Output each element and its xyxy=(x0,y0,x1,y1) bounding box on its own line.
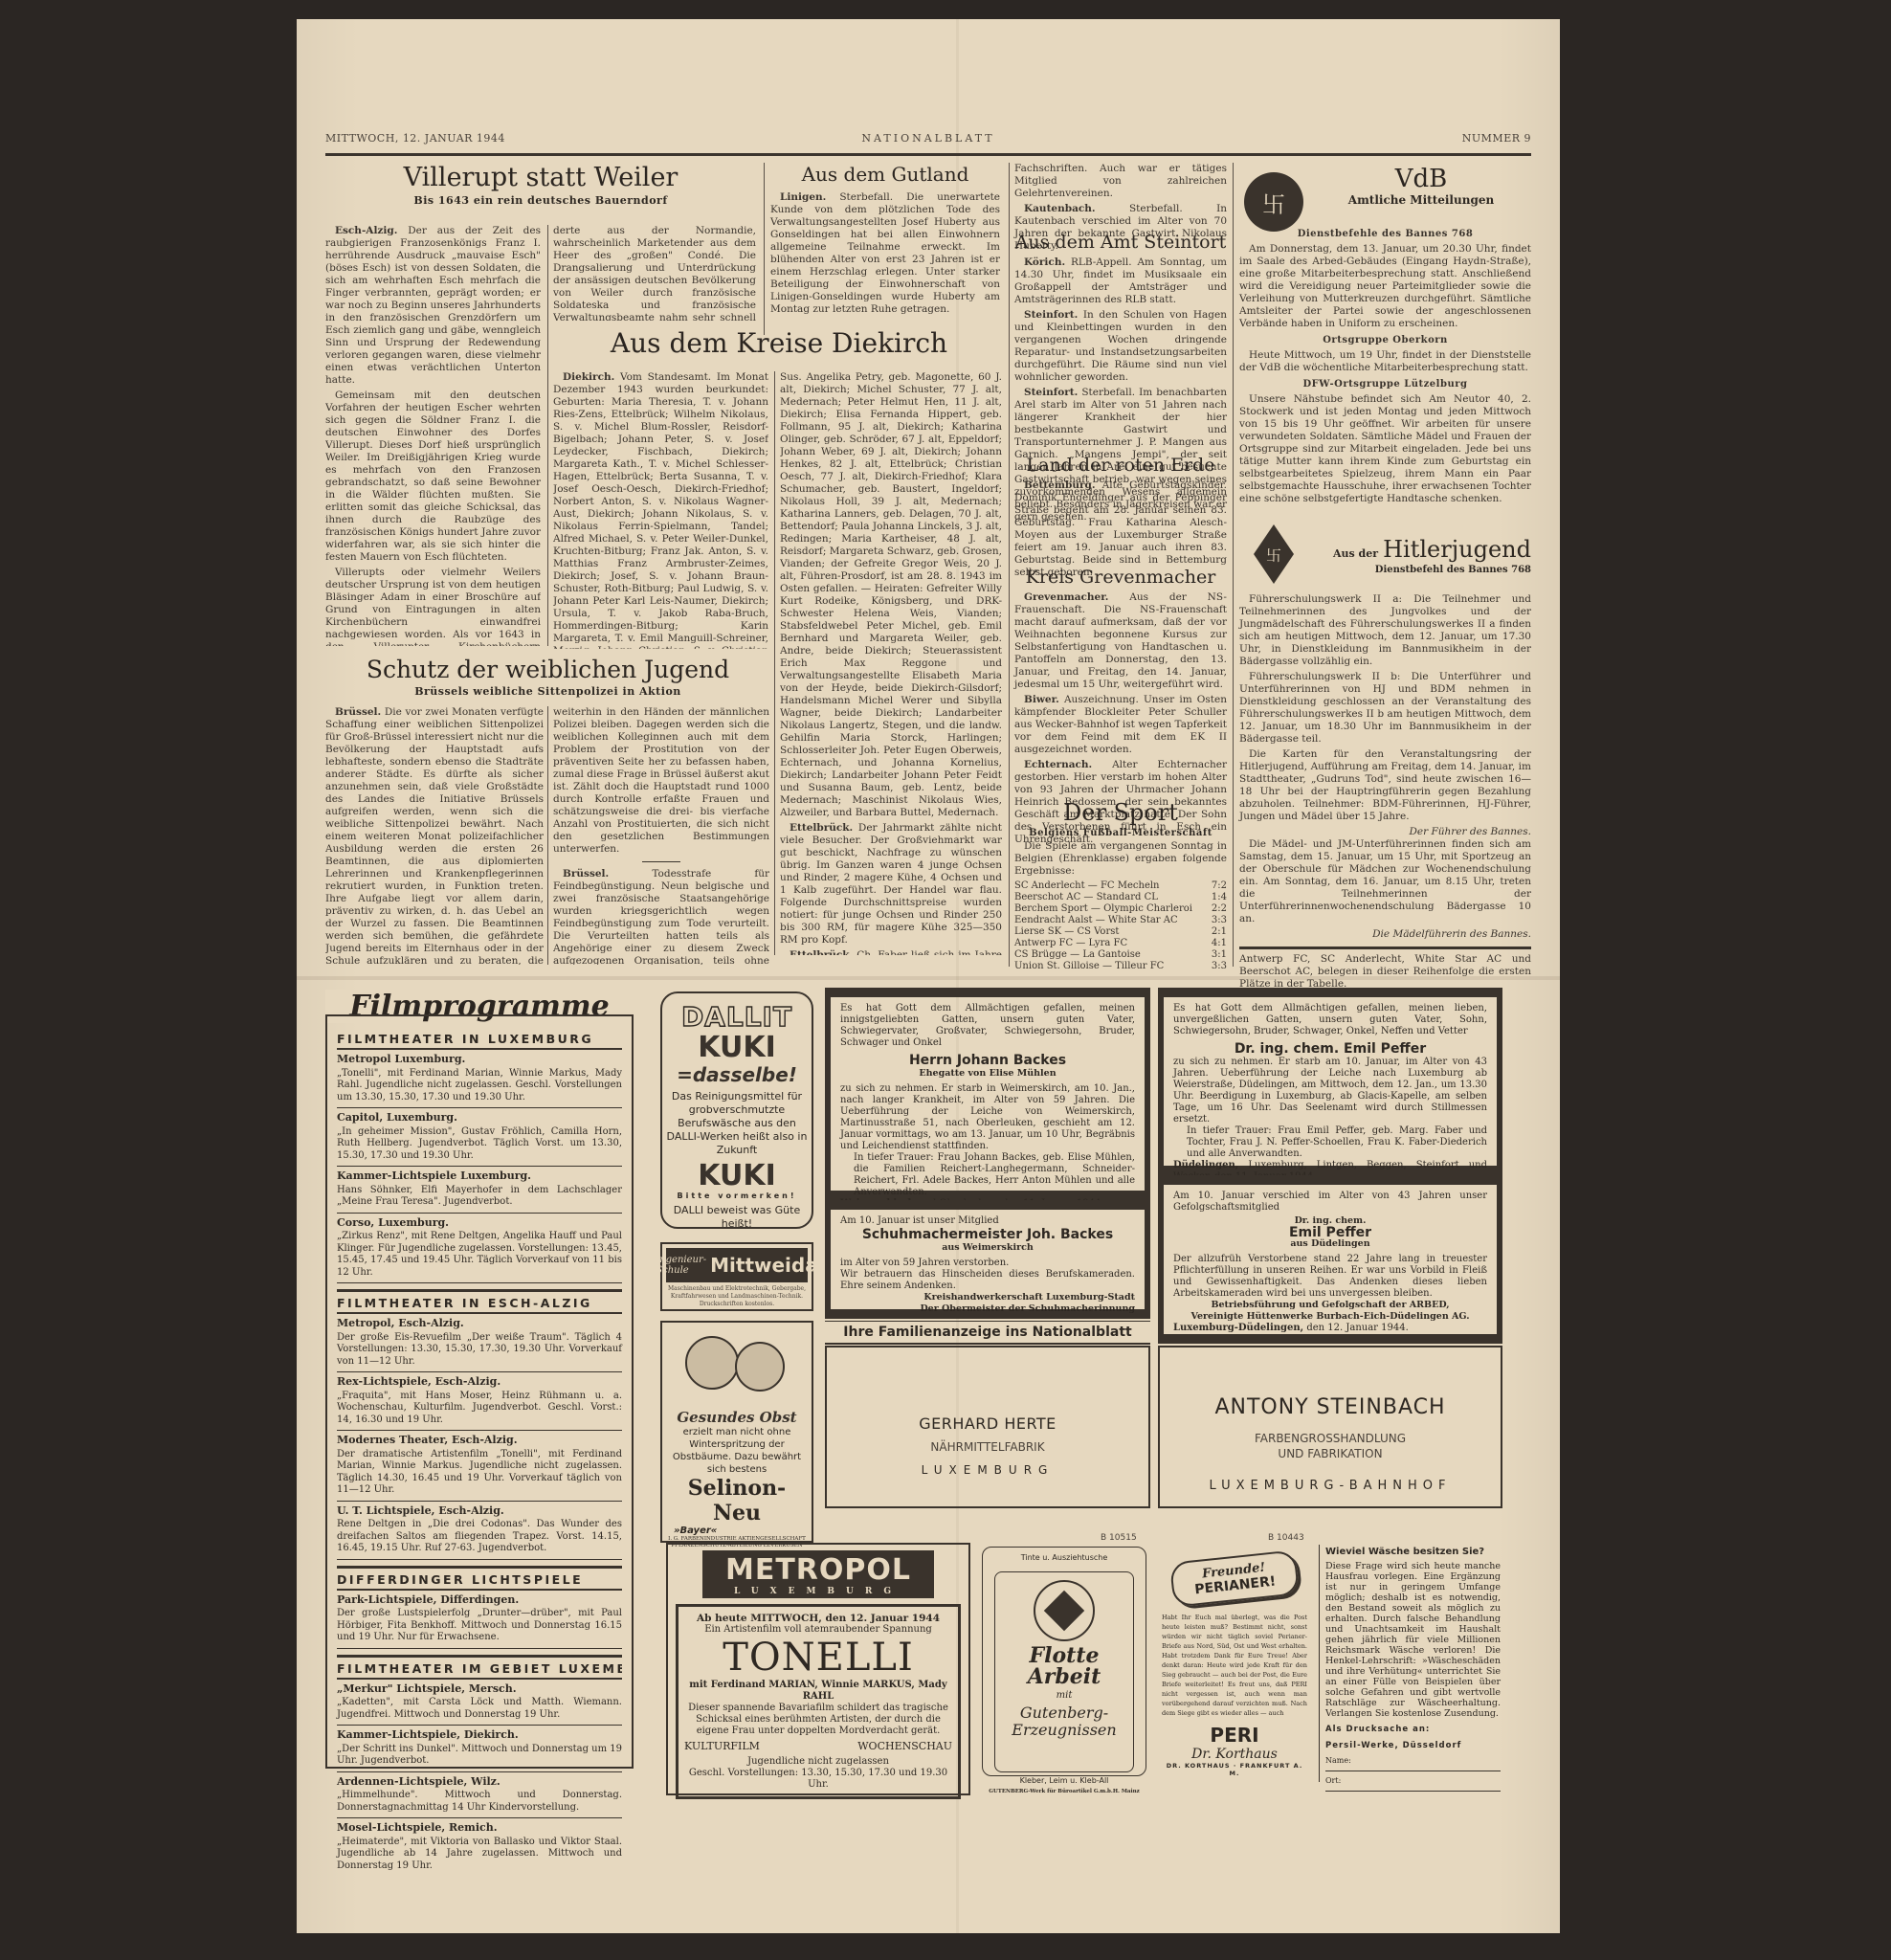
result-row: Antwerp FC — Lyra FC4:1 xyxy=(1014,938,1227,949)
hj-header: Aus der Hitlerjugend Dienstbefehl des Ba… xyxy=(1301,536,1531,575)
subheadline: Brüssels weibliche Sittenpolizei in Akti… xyxy=(325,685,770,698)
coupon-name-field: Name: xyxy=(1325,1755,1501,1771)
cinema-listing: Metropol, Esch-Alzig.Der große Eis-Revue… xyxy=(337,1314,622,1372)
headline: Villerupt statt Weiler xyxy=(325,163,756,192)
newspaper-name: NATIONALBLATT xyxy=(325,132,1531,145)
ad-selinon: Gesundes Obst erzielt man nicht ohne Win… xyxy=(660,1321,813,1543)
result-row: Berchem Sport — Olympic Charleroi2:2 xyxy=(1014,903,1227,915)
headline: Aus dem Amt Steintort xyxy=(1014,232,1227,253)
subheadline: Belgiens Fußball-Meisterschaft xyxy=(1014,828,1227,838)
column-rule xyxy=(547,225,548,646)
column-rule xyxy=(1009,163,1010,967)
cinema-listing: „Merkur" Lichtspiele, Mersch.„Kadetten",… xyxy=(337,1680,622,1726)
result-row: Beerschot AC — Standard CL1:4 xyxy=(1014,892,1227,903)
diekirch-col-1: Diekirch. Vom Standesamt. Im Monat Dezem… xyxy=(553,371,768,649)
diekirch-col-2: Sus. Angelika Petry, geb. Magonette, 60 … xyxy=(780,371,1002,955)
villerupt-col-2: derte aus der Normandie, wahrscheinlich … xyxy=(553,225,756,321)
headline: VdB xyxy=(1311,165,1531,193)
film-section-heading: DIFFERDINGER LICHTSPIELE xyxy=(337,1566,622,1591)
subheadline: Dienstbefehl des Bannes 768 xyxy=(1301,565,1531,575)
ad-antony-steinbach: ANTONY STEINBACH FARBENGROSSHANDLUNGUND … xyxy=(1158,1346,1502,1508)
cinema-listing: Mosel-Lichtspiele, Remich.„Heimaterde", … xyxy=(337,1818,622,1876)
cinema-listing: Modernes Theater, Esch-Alzig.Der dramati… xyxy=(337,1431,622,1502)
heim-ins-reich-logo-icon: 卐 xyxy=(1244,172,1303,232)
cinema-listing: Corso, Luxemburg.„Zirkus Renz", mit Rene… xyxy=(337,1214,622,1284)
masthead-rule xyxy=(325,153,1531,156)
column-rule xyxy=(774,371,775,955)
cinema-listing: Rex-Lichtspiele, Esch-Alzig.„Fraquita", … xyxy=(337,1372,622,1431)
villerupt-col-1: Esch-Alzig. Der aus der Zeit des raubgie… xyxy=(325,225,541,646)
vdb-body: Dienstbefehle des Bannes 768 Am Donnerst… xyxy=(1239,228,1531,508)
jugend-col-2: weiterhin in den Händen der männlichen P… xyxy=(553,706,769,965)
article-sport: Der Sport Belgiens Fußball-Meisterschaft… xyxy=(1014,799,1227,972)
apple-illustration-icon xyxy=(666,1326,808,1409)
hitlerjugend-badge-icon: 卐 xyxy=(1254,524,1294,584)
headline: Der Sport xyxy=(1014,799,1227,826)
issue-number: NUMMER 9 xyxy=(1462,132,1531,145)
article-diekirch: Aus dem Kreise Diekirch xyxy=(553,327,1005,359)
article-villerupt: Villerupt statt Weiler Bis 1643 ein rein… xyxy=(325,163,756,214)
film-section-heading: FILMTHEATER IN ESCH-ALZIG xyxy=(337,1289,622,1314)
cinema-listing: Kammer-Lichtspiele Luxemburg.Hans Söhnke… xyxy=(337,1167,622,1214)
result-row: CS Brügge — La Gantoise3:1 xyxy=(1014,949,1227,961)
ad-dallit-kuki: DALLIT KUKI =dasselbe! Das Reinigungsmit… xyxy=(660,991,813,1229)
obituary-schuhmachermeister: Am 10. Januar ist unser Mitglied Schuhma… xyxy=(825,1200,1150,1319)
ad-metropol-tonelli: METROPOL LUXEMBURG Ab heute MITTWOCH, de… xyxy=(666,1543,970,1795)
ad-peri: Freunde! PERIANER! Habt Ihr Euch mal übe… xyxy=(1158,1547,1311,1776)
obituary-emil-peffer: Es hat Gott dem Allmächtigen gefallen, m… xyxy=(1158,988,1502,1175)
article-rote-erde: Land der roten Erde Bettemburg. Alte Geb… xyxy=(1014,455,1227,582)
result-row: Lierse SK — CS Vorst2:1 xyxy=(1014,926,1227,938)
headline: Schutz der weiblichen Jugend xyxy=(325,656,770,683)
hj-body: Führerschulungswerk II a: Die Teilnehmer… xyxy=(1239,593,1531,993)
headline: Land der roten Erde xyxy=(1014,455,1227,476)
ad-mittweida: Ingenieur-Schule Mittweida Maschinenbau … xyxy=(660,1242,813,1311)
headline: Kreis Grevenmacher xyxy=(1014,567,1227,588)
cinema-listing: Ardennen-Lichtspiele, Wilz.„Himmelhunde"… xyxy=(337,1772,622,1819)
vdb-header: VdB Amtliche Mitteilungen xyxy=(1311,165,1531,207)
cinema-listing: Park-Lichtspiele, Differdingen.Der große… xyxy=(337,1591,622,1649)
results-table: SC Anderlecht — FC Mecheln7:2Beerschot A… xyxy=(1014,880,1227,972)
result-row: SC Anderlecht — FC Mecheln7:2 xyxy=(1014,880,1227,892)
film-title: TONELLI xyxy=(684,1636,952,1680)
headline: Aus dem Kreise Diekirch xyxy=(553,327,1005,359)
film-section-heading: FILMTHEATER IM GEBIET LUXEMBURG xyxy=(337,1655,622,1680)
metropol-banner: METROPOL LUXEMBURG xyxy=(702,1550,934,1598)
result-row: Union St. Gilloise — Tilleur FC3:3 xyxy=(1014,961,1227,972)
subheadline: Bis 1643 ein rein deutsches Bauerndorf xyxy=(325,194,756,207)
newspaper-page: MITTWOCH, 12. JANUAR 1944 NATIONALBLATT … xyxy=(297,19,1560,1933)
subheadline: Amtliche Mitteilungen xyxy=(1311,193,1531,207)
column-rule xyxy=(1233,163,1234,967)
jugend-col-1: Brüssel. Die vor zwei Monaten verfügte S… xyxy=(325,706,544,965)
coupon-city-field: Ort: xyxy=(1325,1775,1501,1792)
obituary-johann-backes: Es hat Gott dem Allmächtigen gefallen, m… xyxy=(825,988,1150,1200)
gutenberg-emblem-icon xyxy=(1034,1580,1095,1641)
ad-gutenberg: Tinte u. Ausziehtusche Flotte Arbeit mit… xyxy=(982,1547,1146,1776)
obituary-arbed-emil-peffer: Am 10. Januar verschied im Alter von 43 … xyxy=(1158,1175,1502,1344)
cinema-listing: U. T. Lichtspiele, Esch-Alzig.Rene Deltg… xyxy=(337,1502,622,1560)
ad-gerhard-herte: GERHARD HERTE NÄHRMITTELFABRIK LUXEMBURG xyxy=(825,1346,1150,1508)
headline: Aus dem Gutland xyxy=(770,163,1000,186)
cinema-listing: Kammer-Lichtspiele, Diekirch.„Der Schrit… xyxy=(337,1726,622,1772)
film-section-heading: FILMTHEATER IN LUXEMBURG xyxy=(337,1028,622,1050)
ad-persil-coupon: Wieviel Wäsche besitzen Sie? Diese Frage… xyxy=(1319,1545,1506,1782)
column-rule xyxy=(764,163,765,335)
article-gutland: Aus dem Gutland Linigen. Sterbefall. Die… xyxy=(770,163,1000,319)
cinema-listing: Metropol Luxemburg.„Tonelli", mit Ferdin… xyxy=(337,1050,622,1108)
cinema-listing: Capitol, Luxemburg.„In geheimer Mission"… xyxy=(337,1108,622,1167)
result-row: Eendracht Aalst — White Star AC3:3 xyxy=(1014,915,1227,926)
family-ad-banner: Ihre Familienanzeige ins Nationalblatt xyxy=(825,1321,1150,1345)
headline: Hitlerjugend xyxy=(1383,536,1531,563)
article-jugend: Schutz der weiblichen Jugend Brüssels we… xyxy=(325,656,770,705)
film-programme: FILMTHEATER IN LUXEMBURGMetropol Luxembu… xyxy=(325,1014,634,1769)
masthead: MITTWOCH, 12. JANUAR 1944 NATIONALBLATT … xyxy=(325,132,1531,151)
column-rule xyxy=(547,706,548,965)
